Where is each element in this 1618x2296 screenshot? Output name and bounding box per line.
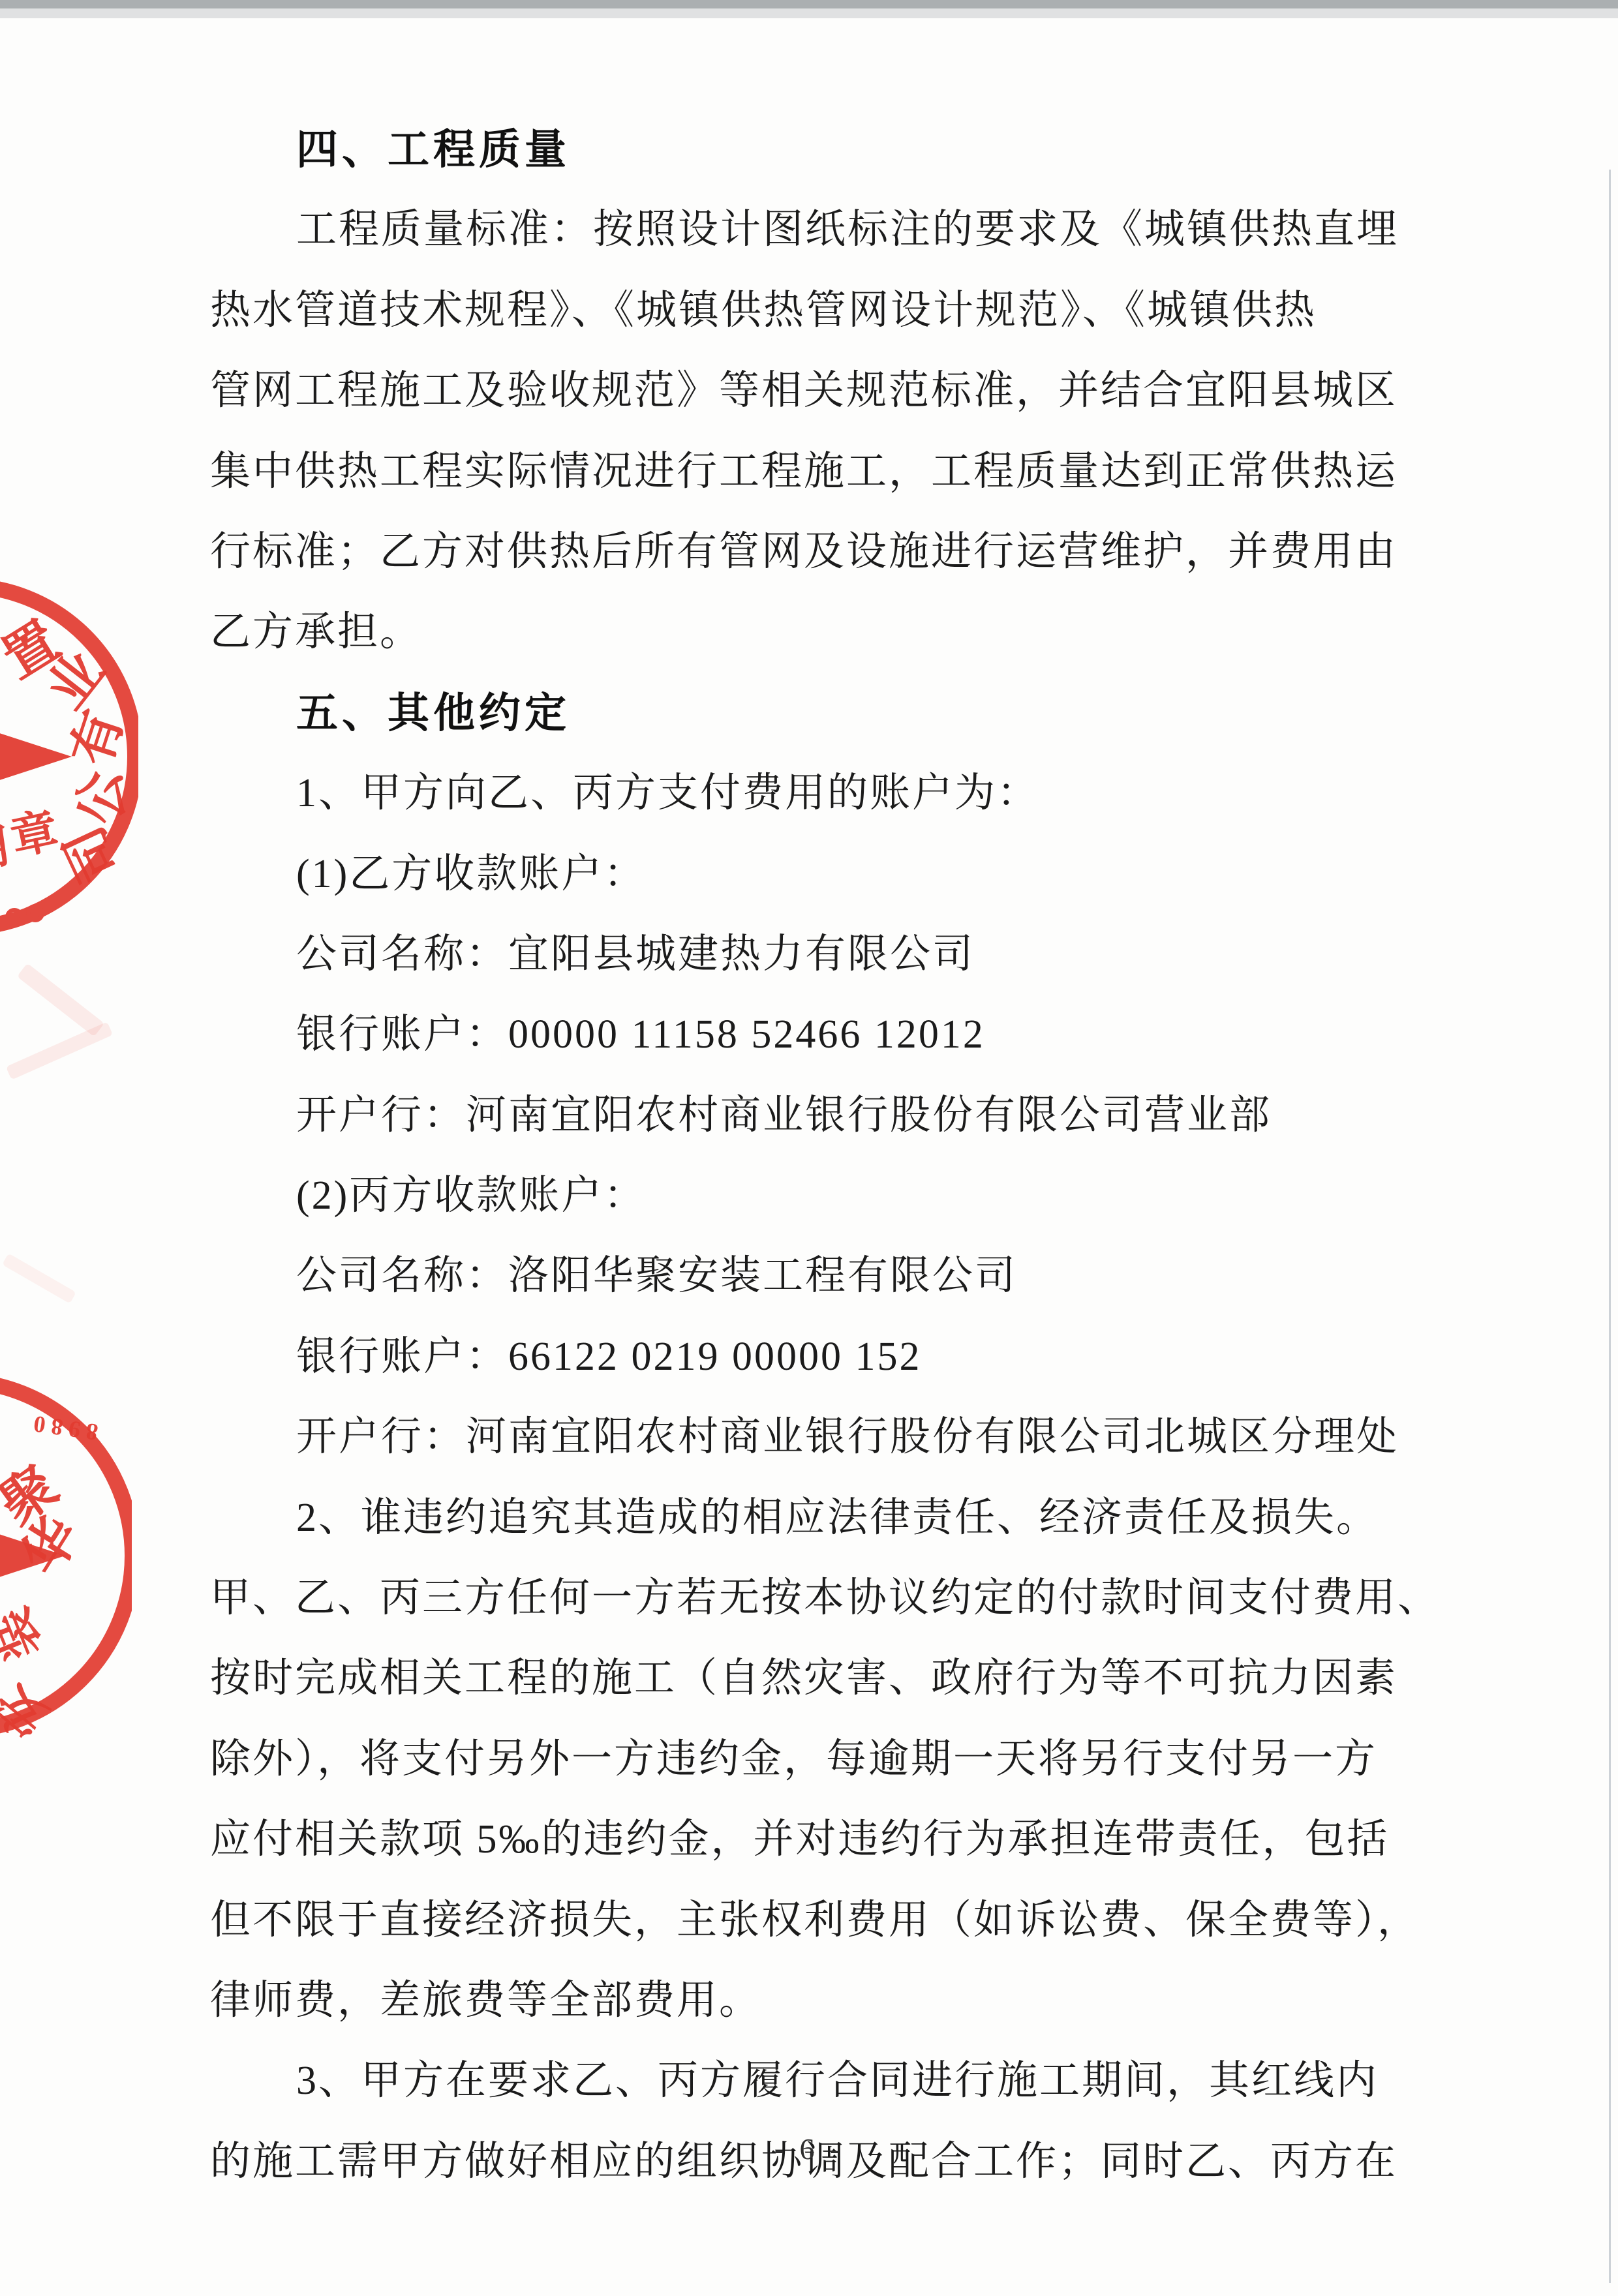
text-line: 银行账户：66122 0219 00000 152 — [210, 1317, 1450, 1397]
text-line: 开户行：河南宜阳农村商业银行股份有限公司营业部 — [210, 1076, 1450, 1156]
text-line: 乙方承担。 — [210, 592, 1450, 672]
seal-char: 安 — [0, 1674, 57, 1747]
text-line: 律师费，差旅费等全部费用。 — [210, 1961, 1450, 2041]
text-line: 集中供热工程实际情况进行工程施工，工程质量达到正常供热运 — [210, 432, 1450, 512]
text-line: 公司名称：洛阳华聚安装工程有限公司 — [210, 1236, 1450, 1316]
seal-char: 公 — [70, 768, 134, 827]
section-heading: 四、工程质量 — [210, 110, 1450, 190]
text-line: 甲、乙、丙三方任何一方若无按本协议约定的付款时间支付费用、 — [210, 1558, 1450, 1639]
seal-char: 装 — [0, 1600, 52, 1667]
stamp-ghost-mark — [6, 1021, 113, 1080]
seal-char: 章 — [6, 804, 63, 865]
text-line: 应付相关款项 5‰的违约金，并对违约行为承担连带责任，包括 — [210, 1800, 1450, 1880]
text-line: 开户行：河南宜阳农村商业银行股份有限公司北城区分理处 — [210, 1397, 1450, 1477]
text-line: (1)乙方收款账户： — [210, 834, 1450, 914]
seal-graphic: 8980 聚 华 装 安 — [0, 1360, 132, 1753]
text-line: 按时完成相关工程的施工（自然灾害、政府行为等不可抗力因素 — [210, 1639, 1450, 1719]
text-line: 管网工程施工及验收规范》等相关规范标准，并结合宜阳县城区 — [210, 351, 1450, 431]
company-seal-partial-lower: 8980 聚 华 装 安 — [0, 1360, 132, 1753]
text-line: 工程质量标准：按照设计图纸标注的要求及《城镇供热直埋 — [210, 190, 1450, 270]
text-line: 银行账户：00000 11158 52466 12012 — [210, 995, 1450, 1075]
text-line: (2)丙方收款账户： — [210, 1156, 1450, 1236]
company-seal-partial-upper: 置 业 有 公 司 章 用 — [0, 558, 138, 957]
stamp-ghost-mark — [2, 1253, 76, 1303]
scan-top-band-light — [0, 8, 1618, 18]
text-line: 1、甲方向乙、丙方支付费用的账户为： — [210, 753, 1450, 834]
seal-serial-number: 8980 — [26, 1410, 100, 1446]
text-line: 热水管道技术规程》、《城镇供热管网设计规范》、《城镇供热 — [210, 271, 1450, 351]
text-line: 3、甲方在要求乙、丙方履行合同进行施工期间，其红线内 — [210, 2041, 1450, 2121]
scanned-contract-page: 四、工程质量 工程质量标准：按照设计图纸标注的要求及《城镇供热直埋 热水管道技术… — [0, 0, 1618, 2296]
section-heading: 五、其他约定 — [210, 673, 1450, 753]
text-line: 公司名称：宜阳县城建热力有限公司 — [210, 914, 1450, 995]
seal-graphic: 置 业 有 公 司 章 用 — [0, 558, 138, 957]
page-number: - 6 - — [0, 2132, 1618, 2166]
contract-body: 四、工程质量 工程质量标准：按照设计图纸标注的要求及《城镇供热直埋 热水管道技术… — [210, 110, 1450, 2202]
scan-top-band-dark — [0, 0, 1618, 8]
scan-right-edge-line — [1609, 170, 1611, 2283]
text-line: 但不限于直接经济损失，主张权利费用（如诉讼费、保全费等）， — [210, 1881, 1450, 1961]
text-line: 除外），将支付另外一方违约金，每逾期一天将另行支付另一方 — [210, 1719, 1450, 1800]
text-line: 行标准；乙方对供热后所有管网及设施进行运营维护，并费用由 — [210, 512, 1450, 592]
text-line: 2、谁违约追究其造成的相应法律责任、经济责任及损失。 — [210, 1478, 1450, 1558]
stamp-ghost-mark — [17, 963, 104, 1037]
